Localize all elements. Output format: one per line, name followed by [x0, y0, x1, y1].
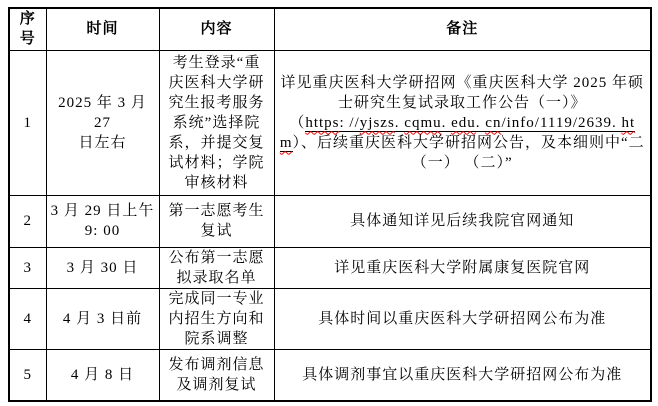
remark-line: m）、后续重庆医科大学研招网公告，及本细则中“二 — [277, 133, 649, 153]
cell-seq-number: 4 — [9, 288, 46, 349]
url-link-text[interactable]: /info/1119/2639. — [501, 115, 621, 132]
remark-text: 具体调剂事宜以重庆医科大学研招网公布为准 — [302, 367, 622, 383]
cell-remark: 具体调剂事宜以重庆医科大学研招网公布为准 — [274, 349, 651, 401]
cell-remark: 详见重庆医科大学研招网《重庆医科大学 2025 年硕士研究生复试录取工作公告（一… — [274, 50, 651, 195]
cell-remark: 具体时间以重庆医科大学研招网公布为准 — [274, 288, 651, 349]
cell-content: 完成同一专业 内招生方向和 院系调整 — [159, 288, 274, 349]
remark-line: （一） （二）” — [277, 153, 649, 173]
remark-line: 具体调剂事宜以重庆医科大学研招网公布为准 — [277, 365, 649, 385]
header-seq-number: 序 号 — [9, 8, 46, 50]
url-link-text[interactable]: yjszs — [360, 115, 395, 132]
table-row: 33 月 30 日公布第一志愿 拟录取名单详见重庆医科大学附属康复医院官网 — [9, 247, 651, 288]
remark-line: 详见重庆医科大学附属康复医院官网 — [277, 258, 649, 278]
cell-time: 4 月 8 日 — [46, 349, 159, 401]
cell-content: 发布调剂信息 及调剂复试 — [159, 349, 274, 401]
cell-remark: 详见重庆医科大学附属康复医院官网 — [274, 247, 651, 288]
cell-time: 3 月 30 日 — [46, 247, 159, 288]
header-content: 内容 — [159, 8, 274, 50]
url-link-text[interactable]: . — [395, 115, 405, 132]
remark-text: （一） （二）” — [412, 155, 513, 171]
url-link-text[interactable]: https — [305, 115, 339, 132]
table-body: 12025 年 3 月 27 日左右考生登录“重 庆医科大学研 究生报考服务 系… — [9, 50, 651, 401]
url-link-text[interactable]: . — [442, 115, 452, 132]
cell-seq-number: 5 — [9, 349, 46, 401]
schedule-table: 序 号 时间 内容 备注 12025 年 3 月 27 日左右考生登录“重 庆医… — [8, 7, 652, 402]
table-row: 23 月 29 日上午 9: 00第一志愿考生 复试具体通知详见后续我院官网通知 — [9, 195, 651, 247]
remark-line: 士研究生复试录取工作公告（一）》 — [277, 93, 649, 113]
remark-text: 士研究生复试录取工作公告（一）》 — [338, 95, 587, 111]
cell-time: 4 月 3 日前 — [46, 288, 159, 349]
url-link-text[interactable]: m — [280, 135, 293, 152]
url-link-text[interactable]: : // — [340, 115, 360, 132]
remark-line: （https: //yjszs. cqmu. edu. cn/info/1119… — [277, 113, 649, 133]
remark-line: 详见重庆医科大学研招网《重庆医科大学 2025 年硕 — [277, 73, 649, 93]
remark-text: ）、后续重庆医科大学研招网公告，及本细则中“二 — [293, 135, 645, 151]
url-link-text[interactable]: cn — [485, 115, 501, 132]
remark-text: 具体通知详见后续我院官网通知 — [350, 213, 574, 229]
cell-seq-number: 3 — [9, 247, 46, 288]
url-link-text[interactable]: edu — [451, 115, 476, 132]
url-link-text[interactable]: . — [476, 115, 486, 132]
remark-text: （ — [289, 115, 305, 131]
url-link-text[interactable]: cqmu — [404, 115, 441, 132]
cell-content: 公布第一志愿 拟录取名单 — [159, 247, 274, 288]
header-row: 序 号 时间 内容 备注 — [9, 8, 651, 50]
remark-text: 详见重庆医科大学研招网《重庆医科大学 2025 年硕 — [280, 75, 644, 91]
cell-time: 2025 年 3 月 27 日左右 — [46, 50, 159, 195]
table-row: 54 月 8 日发布调剂信息 及调剂复试具体调剂事宜以重庆医科大学研招网公布为准 — [9, 349, 651, 401]
remark-line: 具体通知详见后续我院官网通知 — [277, 211, 649, 231]
cell-seq-number: 1 — [9, 50, 46, 195]
cell-content: 第一志愿考生 复试 — [159, 195, 274, 247]
header-remark: 备注 — [274, 8, 651, 50]
document-page: 序 号 时间 内容 备注 12025 年 3 月 27 日左右考生登录“重 庆医… — [8, 7, 652, 402]
url-link-text[interactable]: ht — [622, 115, 636, 132]
header-time: 时间 — [46, 8, 159, 50]
cell-time: 3 月 29 日上午 9: 00 — [46, 195, 159, 247]
table-row: 12025 年 3 月 27 日左右考生登录“重 庆医科大学研 究生报考服务 系… — [9, 50, 651, 195]
cell-content: 考生登录“重 庆医科大学研 究生报考服务 系统”选择院 系，并提交复 试材料；学… — [159, 50, 274, 195]
remark-text: 具体时间以重庆医科大学研招网公布为准 — [318, 311, 606, 327]
cell-seq-number: 2 — [9, 195, 46, 247]
table-row: 44 月 3 日前完成同一专业 内招生方向和 院系调整具体时间以重庆医科大学研招… — [9, 288, 651, 349]
cell-remark: 具体通知详见后续我院官网通知 — [274, 195, 651, 247]
remark-line: 具体时间以重庆医科大学研招网公布为准 — [277, 309, 649, 329]
remark-text: 详见重庆医科大学附属康复医院官网 — [334, 260, 590, 276]
